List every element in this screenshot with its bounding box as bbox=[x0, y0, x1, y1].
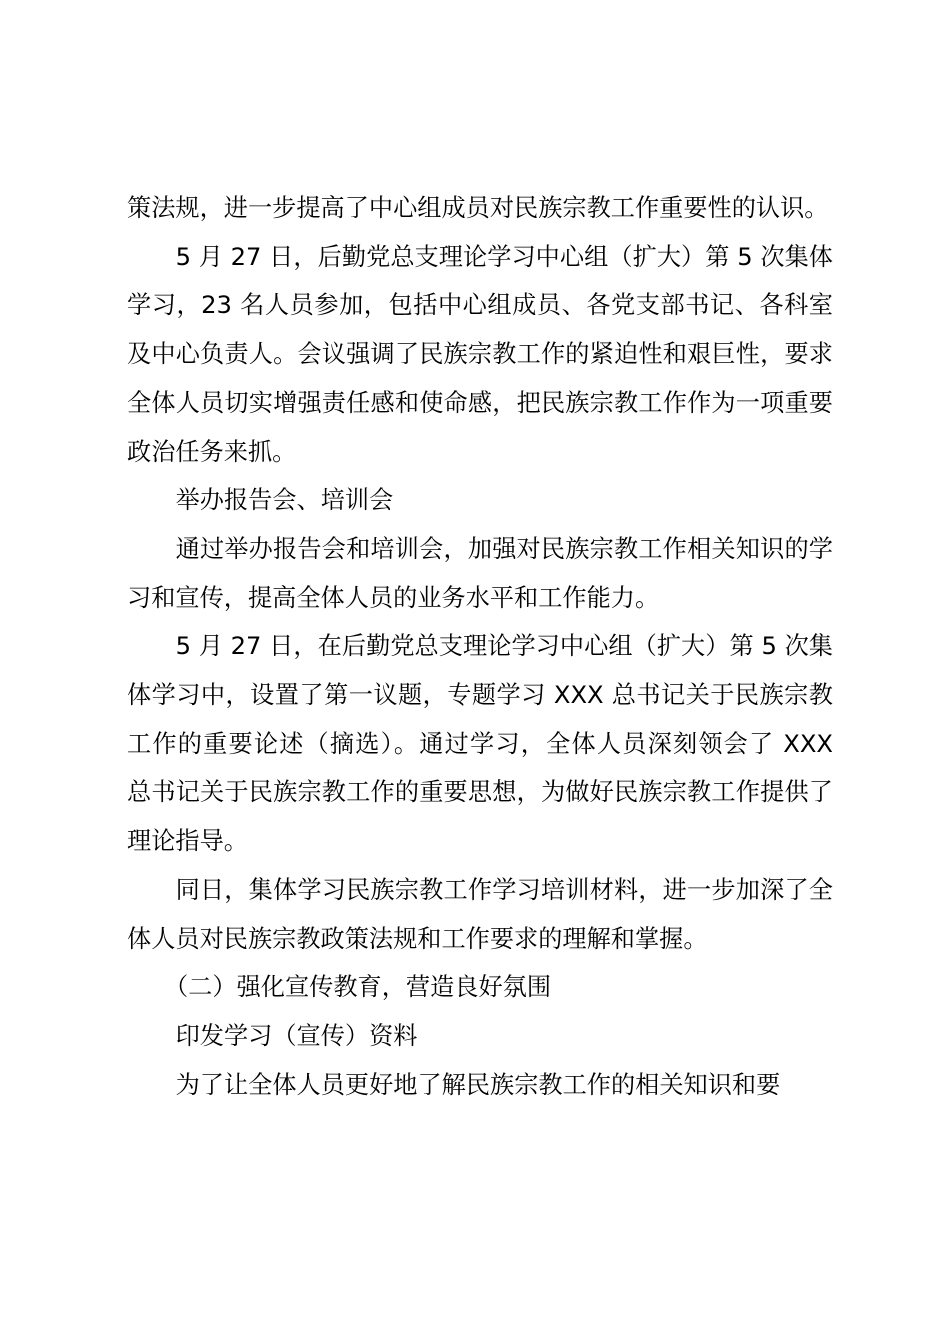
paragraph-reports-training: 通过举办报告会和培训会，加强对民族宗教工作相关知识的学习和宣传，提高全体人员的业… bbox=[127, 525, 833, 622]
document-page: 策法规，进一步提高了中心组成员对民族宗教工作重要性的认识。 5 月 27 日，后… bbox=[127, 184, 833, 1109]
paragraph-same-day: 同日，集体学习民族宗教工作学习培训材料，进一步加深了全体人员对民族宗教政策法规和… bbox=[127, 866, 833, 963]
subheading-materials: 印发学习（宣传）资料 bbox=[127, 1012, 833, 1061]
section-heading-publicity: （二）强化宣传教育，营造良好氛围 bbox=[127, 963, 833, 1012]
subheading-reports-training: 举办报告会、培训会 bbox=[127, 476, 833, 525]
paragraph-continuation: 策法规，进一步提高了中心组成员对民族宗教工作重要性的认识。 bbox=[127, 184, 833, 233]
paragraph-materials: 为了让全体人员更好地了解民族宗教工作的相关知识和要 bbox=[127, 1061, 833, 1110]
paragraph-first-agenda: 5 月 27 日，在后勤党总支理论学习中心组（扩大）第 5 次集体学习中，设置了… bbox=[127, 622, 833, 866]
paragraph-study-session: 5 月 27 日，后勤党总支理论学习中心组（扩大）第 5 次集体学习，23 名人… bbox=[127, 233, 833, 477]
